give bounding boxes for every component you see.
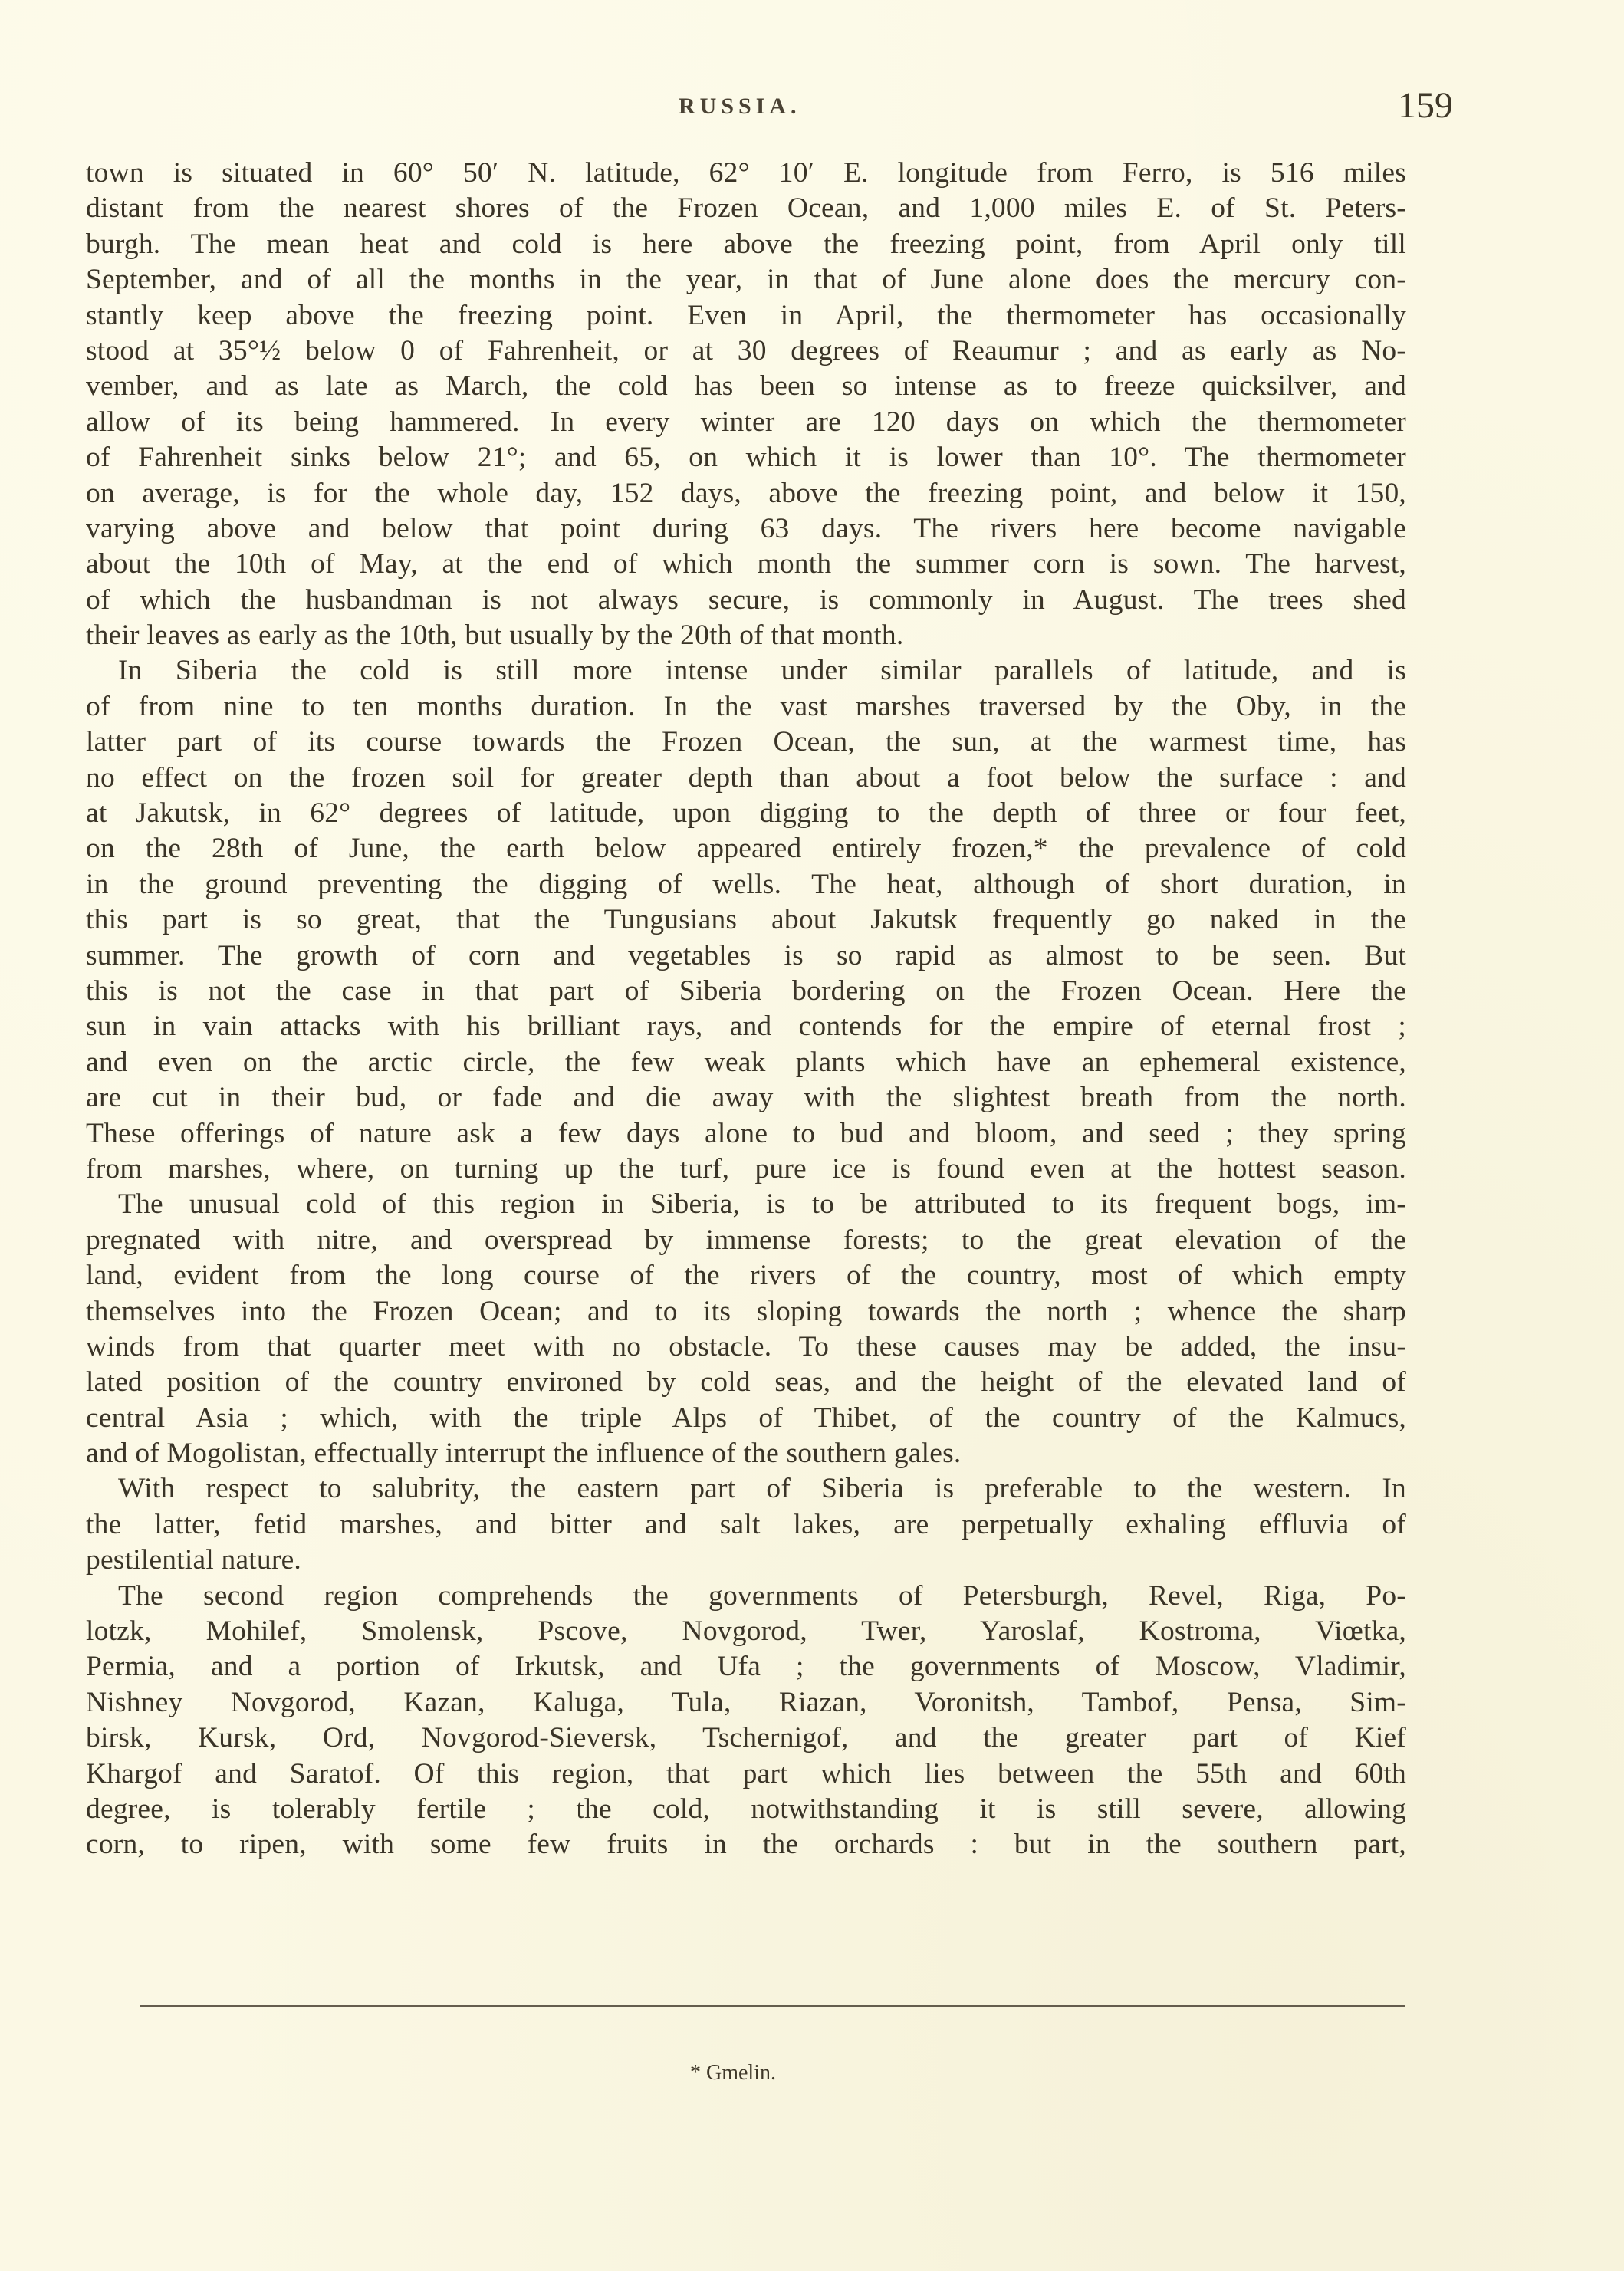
text-line: These offerings of nature ask a few days… xyxy=(86,1116,1406,1152)
text-line: Permia, and a portion of Irkutsk, and Uf… xyxy=(86,1649,1406,1684)
text-line: on average, is for the whole day, 152 da… xyxy=(86,476,1406,511)
text-line: no effect on the frozen soil for greater… xyxy=(86,761,1406,796)
text-line: pestilential nature. xyxy=(86,1543,1406,1578)
text-line: Khargof and Saratof. Of this region, tha… xyxy=(86,1757,1406,1792)
text-line: sun in vain attacks with his brilliant r… xyxy=(86,1009,1406,1044)
text-line: stantly keep above the freezing point. E… xyxy=(86,298,1406,334)
text-line: allow of its being hammered. In every wi… xyxy=(86,405,1406,440)
running-title: RUSSIA. xyxy=(679,94,801,120)
body-text: town is situated in 60° 50′ N. latitude,… xyxy=(86,156,1406,1863)
text-line: this part is so great, that the Tungusia… xyxy=(86,902,1406,938)
text-line: varying above and below that point durin… xyxy=(86,511,1406,547)
text-line: The second region comprehends the govern… xyxy=(86,1579,1406,1614)
footnote-rule xyxy=(140,2005,1405,2007)
text-line: summer. The growth of corn and vegetable… xyxy=(86,938,1406,974)
text-line: pregnated with nitre, and overspread by … xyxy=(86,1223,1406,1258)
text-line: in the ground preventing the digging of … xyxy=(86,867,1406,902)
text-line: of which the husbandman is not always se… xyxy=(86,583,1406,618)
text-line: degree, is tolerably fertile ; the cold,… xyxy=(86,1792,1406,1827)
text-line: on the 28th of June, the earth below app… xyxy=(86,831,1406,866)
footnote: * Gmelin. xyxy=(0,2061,1624,2085)
text-line: land, evident from the long course of th… xyxy=(86,1258,1406,1293)
text-line: of Fahrenheit sinks below 21°; and 65, o… xyxy=(86,440,1406,475)
text-line: Nishney Novgorod, Kazan, Kaluga, Tula, R… xyxy=(86,1685,1406,1721)
text-line: latter part of its course towards the Fr… xyxy=(86,725,1406,760)
text-line: With respect to salubrity, the eastern p… xyxy=(86,1471,1406,1507)
text-line: vember, and as late as March, the cold h… xyxy=(86,369,1406,404)
footnote-rule-shadow xyxy=(140,2010,1405,2010)
running-head: RUSSIA. 159 xyxy=(0,90,1624,129)
text-line: the latter, fetid marshes, and bitter an… xyxy=(86,1507,1406,1543)
text-line: are cut in their bud, or fade and die aw… xyxy=(86,1080,1406,1116)
text-line: themselves into the Frozen Ocean; and to… xyxy=(86,1294,1406,1329)
text-line: from marshes, where, on turning up the t… xyxy=(86,1152,1406,1187)
text-line: corn, to ripen, with some few fruits in … xyxy=(86,1827,1406,1862)
text-line: this is not the case in that part of Sib… xyxy=(86,974,1406,1009)
text-line: stood at 35°½ below 0 of Fahrenheit, or … xyxy=(86,334,1406,369)
text-line: and even on the arctic circle, the few w… xyxy=(86,1045,1406,1080)
text-line: distant from the nearest shores of the F… xyxy=(86,191,1406,226)
text-line: and of Mogolistan, effectually interrupt… xyxy=(86,1436,1406,1471)
page-number: 159 xyxy=(1398,84,1453,127)
text-line: winds from that quarter meet with no obs… xyxy=(86,1329,1406,1365)
text-line: their leaves as early as the 10th, but u… xyxy=(86,618,1406,653)
text-line: birsk, Kursk, Ord, Novgorod-Sieversk, Ts… xyxy=(86,1721,1406,1756)
text-line: of from nine to ten months duration. In … xyxy=(86,689,1406,725)
text-line: central Asia ; which, with the triple Al… xyxy=(86,1401,1406,1436)
text-line: town is situated in 60° 50′ N. latitude,… xyxy=(86,156,1406,191)
text-line: burgh. The mean heat and cold is here ab… xyxy=(86,227,1406,262)
text-line: at Jakutsk, in 62° degrees of latitude, … xyxy=(86,796,1406,831)
text-line: lated position of the country environed … xyxy=(86,1365,1406,1400)
footnote-text: * Gmelin. xyxy=(690,2061,776,2085)
text-line: about the 10th of May, at the end of whi… xyxy=(86,547,1406,582)
text-line: lotzk, Mohilef, Smolensk, Pscove, Novgor… xyxy=(86,1614,1406,1649)
text-line: September, and of all the months in the … xyxy=(86,262,1406,297)
text-line: In Siberia the cold is still more intens… xyxy=(86,653,1406,689)
text-line: The unusual cold of this region in Siber… xyxy=(86,1187,1406,1222)
